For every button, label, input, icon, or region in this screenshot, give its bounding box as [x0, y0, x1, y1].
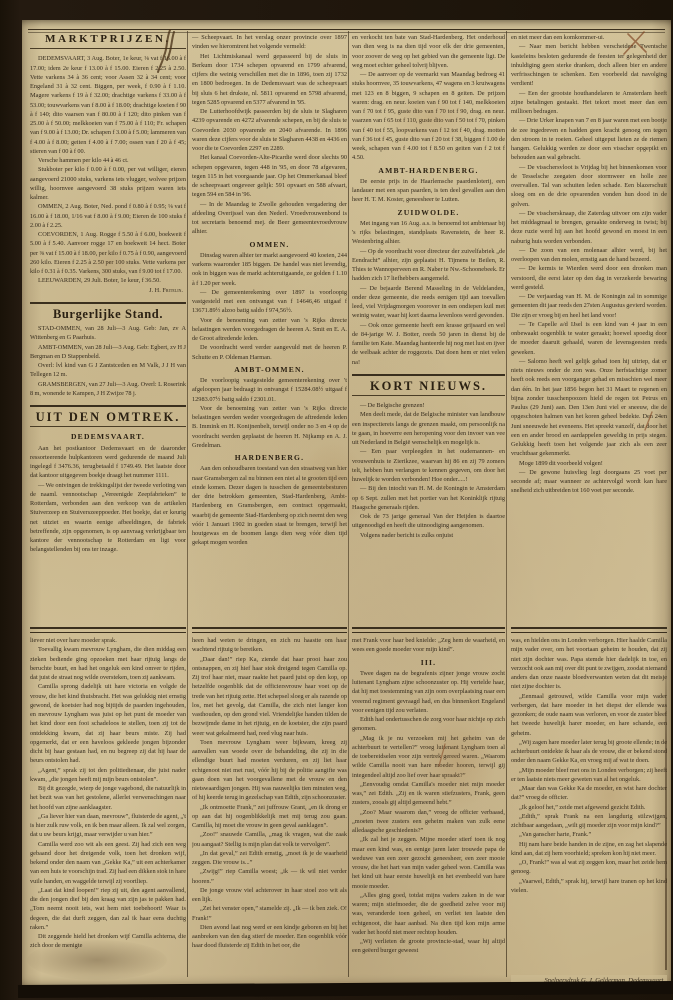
- paragraph: De voordracht werd verder aangevuld met …: [192, 343, 347, 362]
- paragraph: Voor de benoeming van zetter van 's Rijk…: [192, 316, 347, 344]
- column: en niet meer dan een komkommer-ui.— Naar…: [511, 33, 667, 985]
- paragraph: en niet meer dan een komkommer-ui.: [511, 33, 667, 42]
- feuilleton-flow: met Frank voor haar bed knielde: „Zeg he…: [352, 636, 505, 985]
- paragraph: Camilla werd zoo wit als een geest. Zij …: [30, 840, 186, 886]
- paragraph: LEEUWARDEN, 29 Juli. Boter, 1e keur, f 3…: [30, 276, 186, 285]
- paragraph: „Ik zal het je zeggen. Mijne moeder stie…: [352, 835, 505, 891]
- paragraph: Het Lichtmiskanaal werd gepasseerd bij d…: [192, 52, 347, 108]
- newspaper-scan: { "imprint": "Snelpersdruk G. J. Gelderm…: [0, 0, 673, 1000]
- paragraph: „Agent,” sprak zij tot den politiedienaa…: [30, 766, 186, 785]
- paragraph: „Daar dan!” riep Ka, ziende dat haar pro…: [192, 655, 347, 738]
- paragraph: „Wij zagen hare moeder later terug bij g…: [511, 738, 667, 766]
- paragraph: — De aanvoer op de veemarkt van Maandag …: [352, 70, 505, 163]
- paragraph: — We ontvingen de trekkingslijst der twe…: [30, 481, 186, 555]
- paragraph: Het kanaal Coevorden-Alte-Picardie werd …: [192, 153, 347, 199]
- paragraph: heen had weten te dringen, en zich nu ha…: [192, 636, 347, 655]
- paragraph: „In dat geval,” zei Edith ernstig, „moet…: [192, 849, 347, 868]
- paragraph: „Ik ontmoette Frank,” zei juffrouw Grant…: [192, 803, 347, 831]
- paragraph: De voorloopig vastgestelde gemeentereken…: [192, 376, 347, 404]
- paragraph: — Salomo heeft wel gelijk gehad toen hij…: [511, 357, 667, 459]
- feuilleton-divider: [511, 627, 667, 633]
- paragraph: „Ga liever hier van daan, mevrouw”, flui…: [30, 812, 186, 840]
- column-rule: [348, 31, 349, 977]
- paragraph: — Een der grootste houthandelaren te Ams…: [511, 89, 667, 117]
- paragraph: — De visschersknaap, die Zaterdag uitvoe…: [511, 209, 667, 246]
- paragraph: — De gemeenterekening over 1897 is voorl…: [192, 288, 347, 316]
- paragraph: Dien avond laat nog werd er een kindje g…: [192, 923, 347, 951]
- paragraph: „Mag ik je nu verzoeken mij het geheim v…: [352, 734, 505, 780]
- paragraph: Overl: lvl kind van G J Zantstceden en M…: [30, 361, 186, 380]
- paragraph: Twee dagen na de begrafenis zijner jonge…: [352, 669, 505, 715]
- paragraph: AMBT-OMMEN, van 28 Juli—3 Aug. Geb: Egbe…: [30, 343, 186, 362]
- paragraph: De jonge vrouw viel achterover in haar s…: [192, 886, 347, 905]
- paragraph: — De bejaarde Berend Masseling in de Vel…: [352, 284, 505, 321]
- paragraph: — Te Capelle a/d IJsel is een kind van 4…: [511, 320, 667, 357]
- page-top-rule: [28, 29, 665, 33]
- subheading: OMMEN.: [192, 240, 347, 249]
- news-flow: — Scheepvaart. In het verslag onzer prov…: [192, 33, 347, 623]
- newspaper-page: MARKTPRIJZEN.DEDEMSVAART, 3 Aug. Boter, …: [22, 20, 671, 989]
- subheading: AMBT-HARDENBERG.: [352, 166, 505, 175]
- paragraph: Men deelt mede, dat de Belgische ministe…: [352, 410, 505, 447]
- paragraph: — Ook onze gemeente heeft een krasse gri…: [352, 321, 505, 367]
- paragraph: Edith had ondertusschen de zorg voor haa…: [352, 715, 505, 734]
- paragraph: „Eenvoudig omdat Camilla's moeder niet m…: [352, 780, 505, 808]
- feuilleton-flow: liever niet over hare moeder sprak.Toeva…: [30, 636, 186, 985]
- paragraph: „Maar dan was Gekke Ka de moeder, en wis…: [511, 784, 667, 803]
- paragraph: Ook de 73 jarige generaal Van der Heijde…: [352, 512, 505, 531]
- paragraph: „Vaarwel, Edith,” sprak hij, terwijl har…: [511, 877, 667, 896]
- paragraph: „Ik geloof het,” zeide met afgewend gezi…: [511, 803, 667, 812]
- news-flow: en verkocht ten bate van Stad-Hardenberg…: [352, 33, 505, 623]
- column-rule: [506, 31, 507, 977]
- signature: J. H. Fritelin.: [30, 286, 186, 295]
- paragraph: „Eenmaal getrouwd, wilde Camilla voor mi…: [511, 692, 667, 738]
- subheading: HARDENBERG.: [192, 453, 347, 462]
- column: — Scheepvaart. In het verslag onzer prov…: [192, 33, 347, 985]
- news-flow: MARKTPRIJZEN.DEDEMSVAART, 3 Aug. Boter, …: [30, 33, 186, 623]
- paragraph: „Laat dat kind loopen!” riep zij uit, de…: [30, 886, 186, 932]
- feuilleton-divider: [192, 627, 347, 633]
- paragraph: Moge 1899 dit voorbeeld volgen!: [511, 459, 667, 468]
- paragraph: — De visschersvloot is Vrijdag bij het b…: [511, 163, 667, 209]
- paragraph: — In de Maandag te Zwolle gehouden verga…: [192, 200, 347, 237]
- paragraph: — De gewone huisvlieg legt doorgaans 25 …: [511, 468, 667, 496]
- paragraph: Voor de benoeming van zetter van 's Rijk…: [192, 404, 347, 450]
- paragraph: — Een paar verpleegden in het oudemannen…: [352, 447, 505, 484]
- section-title: UIT DEN OMTREK.: [30, 405, 186, 427]
- paragraph: liever niet over hare moeder sprak.: [30, 636, 186, 645]
- paragraph: Versche hammen per kilo 44 à 46 ct.: [30, 156, 186, 165]
- printer-imprint: Snelpersdruk G. J. Gelderman, Dedemsvaar…: [511, 975, 667, 985]
- feuilleton-divider: [352, 627, 505, 633]
- paragraph: — De Belgische grenzen!: [352, 401, 505, 410]
- paragraph: COEVORDEN, 1 Aug. Rogge f 5.50 à f 6.00,…: [30, 230, 186, 276]
- paragraph: Camilla sprong dadelijk uit hare victori…: [30, 682, 186, 765]
- paragraph: Met ingang van 16 Aug. a.s. is benoemd t…: [352, 219, 505, 247]
- news-flow: en niet meer dan een komkommer-ui.— Naar…: [511, 33, 667, 623]
- section-title: KORT NIEUWS.: [352, 374, 505, 396]
- paragraph: — De kermis te Wierden werd door een dro…: [511, 264, 667, 292]
- section-title: MARKTPRIJZEN.: [30, 34, 186, 49]
- paragraph: Bij dit gezegde, wierp de jonge vagebond…: [30, 784, 186, 812]
- paragraph: — De verjaardag van H. M. de Koningin za…: [511, 292, 667, 320]
- paragraph: Volgens nader bericht is zulks onjuist: [352, 531, 505, 540]
- paragraph: — De zoon van een molenaar alhier werd, …: [511, 246, 667, 265]
- section-title: Burgerlijke Stand.: [30, 302, 186, 319]
- paragraph: — Op de voordracht voor directeur der zu…: [352, 247, 505, 284]
- paragraph: DEDEMSVAART, 3 Aug. Boter, 1e keur, ⅛ va…: [30, 54, 186, 156]
- paragraph: „O, Frank!” was al wat zij zeggen kon, m…: [511, 858, 667, 877]
- column: en verkocht ten bate van Stad-Hardenberg…: [352, 33, 505, 985]
- paragraph: De Lutterhoofdwijk passeerden bij de slu…: [192, 107, 347, 153]
- paragraph: „Zoo? Maar waarom dan,” vroeg de officie…: [352, 808, 505, 836]
- subheading: III.: [352, 658, 505, 667]
- subheading: AMBT-OMMEN.: [192, 365, 347, 374]
- paragraph: Aan het postkantoor Dedemsvaart en de da…: [30, 444, 186, 481]
- paragraph: met Frank voor haar bed knielde: „Zeg he…: [352, 636, 505, 655]
- subheading: DEDEMSVAART.: [30, 432, 186, 441]
- paragraph: „Van ganscher harte, Frank.”: [511, 830, 667, 839]
- paragraph: „Alles ging goed, totdat mijns vaders za…: [352, 891, 505, 937]
- paragraph: Dit zeggende hield het dronken wijf Cami…: [30, 932, 186, 951]
- paragraph: — Scheepvaart. In het verslag onzer prov…: [192, 33, 347, 52]
- feuilleton-flow: heen had weten te dringen, en zich nu ha…: [192, 636, 347, 985]
- paragraph: Aan den onhoudbaren toestand van den str…: [192, 464, 347, 547]
- paragraph: „Wij verlieten de groote provincie-stad,…: [352, 937, 505, 956]
- paragraph: Toevallig kwam mevrouw Lyngham, die dien…: [30, 645, 186, 682]
- paragraph: Hij nam hare beide handen in de zijne, e…: [511, 840, 667, 859]
- paragraph: „Zwijg!” riep Camilla woest; „ik — ik wi…: [192, 867, 347, 886]
- paragraph: GRAMSBERGEN, van 27 Juli—3 Aug. Overl: L…: [30, 380, 186, 399]
- paragraph: STAD-OMMEN, van 28 Juli—3 Aug. Geb: Jan,…: [30, 324, 186, 343]
- paragraph: „Mijn moeder bleef met ons in Londen ver…: [511, 766, 667, 785]
- paragraph: De eerste prijs in de Haarlemsche paarde…: [352, 177, 505, 205]
- paragraph: was, en hielden ons in Londen verborgen.…: [511, 636, 667, 692]
- column-rule: [187, 31, 188, 977]
- feuilleton-divider: [30, 627, 186, 633]
- paragraph: en verkocht ten bate van Stad-Hardenberg…: [352, 33, 505, 70]
- paragraph: Stukboter per kilo f 0.00 à f 0.00, per …: [30, 165, 186, 202]
- paragraph: OMMEN, 2 Aug. Boter, Ned. pond f 0.80 à …: [30, 202, 186, 230]
- paragraph: — Drie Urker knapen van 7 en 8 jaar ware…: [511, 116, 667, 162]
- subheading: ZUIDWOLDE.: [352, 208, 505, 217]
- paragraph: — Naar men bericht hebben verscheidene T…: [511, 42, 667, 88]
- paragraph: „Zet het venster open,” stamelde zij. „I…: [192, 904, 347, 923]
- feuilleton-flow: was, en hielden ons in Londen verborgen.…: [511, 636, 667, 975]
- paragraph: — Bij den intocht van H. M. de Koningin …: [352, 484, 505, 512]
- paragraph: „Zoo!” snauwde Camilla, „mag ik vragen, …: [192, 830, 347, 849]
- paragraph: „Edith,” sprak Frank na een langdurig st…: [511, 812, 667, 831]
- paragraph: Toen mevrouw Lyngham weer bijkwam, kreeg…: [192, 738, 347, 803]
- paragraph: Dinsdag waren alhier ter markt aangevoer…: [192, 251, 347, 288]
- column: MARKTPRIJZEN.DEDEMSVAART, 3 Aug. Boter, …: [30, 33, 186, 985]
